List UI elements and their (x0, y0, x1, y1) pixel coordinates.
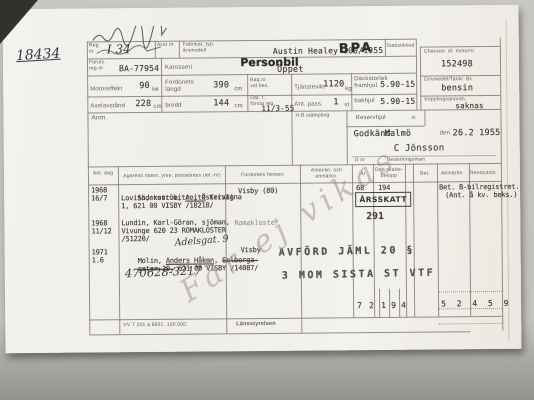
rule-line (379, 289, 380, 317)
rule-line (347, 126, 425, 128)
den-label: den (440, 130, 451, 137)
digit-cell: 1 (381, 301, 386, 310)
row-date: 1971 (92, 248, 108, 256)
rule-line (399, 289, 400, 317)
motoreffekt-value: 90 (139, 82, 150, 91)
forutv-regnr-value: BA-77954 (119, 64, 159, 73)
rule-line (346, 110, 347, 164)
godkand-ort: Malmö (385, 130, 412, 139)
drivmedel-label: Drivmedel/Tankr. Bt. (424, 77, 473, 83)
scanned-photo: { "margin_note": "18434", "watermark": "… (0, 0, 534, 400)
header-agarens-namn: Ägarens namn, yrke, postadress (tel.-nr) (120, 173, 224, 179)
owner-line: 1, 621 00 VISBY /18218/ (121, 201, 213, 210)
form-number: VV T 201 a 6501. 100.000. (123, 323, 188, 329)
besiktningsman-signature: C Jönsson (394, 144, 445, 153)
rule-line (405, 164, 407, 317)
ant-pass-unit: st (344, 102, 349, 109)
motoreffekt-unit: hk (152, 87, 159, 94)
reservhjul-unit: st (411, 116, 415, 122)
row-date: 1968 (91, 186, 107, 194)
avford-stamp-line2: 3 MOM SISTA ST VTF (282, 268, 436, 282)
code-number: 5 2 4 5 9 (441, 299, 511, 309)
reg-nr-value-handwriting: I 34 (107, 42, 131, 56)
rule-line (89, 316, 502, 321)
row-date: 1968 (91, 219, 107, 227)
handwritten-address: Adelsgat. 9 (174, 233, 229, 248)
forutv-regnr-label: Förutv. reg.nr (89, 60, 117, 71)
registration-card: 18434 Reg. nr I 34 Avst nr Fabrikat, typ… (3, 5, 522, 353)
row-date-day: 16/7 (91, 194, 107, 202)
row-date-day: 11/12 (91, 227, 111, 235)
bakhjul-value: 5.90-15 (380, 97, 415, 106)
rule-line (87, 42, 91, 335)
rule-line (416, 39, 418, 110)
hemort-value: Visby (80) (238, 187, 278, 195)
anm-label: Anm. (91, 115, 107, 122)
card-edge (506, 19, 510, 341)
rule-line (291, 74, 293, 165)
digit-cell: 9 (391, 301, 396, 310)
header-fordonets-hemort: Fordonets hemort (227, 173, 298, 179)
row-date-day: 1.6 (92, 256, 104, 264)
personbil-stamp: Personbil (225, 43, 241, 82)
datum-forsta-reg-value: 11/3-55 (261, 104, 294, 113)
digit-cell: 2 (369, 301, 374, 310)
rule-line (247, 74, 248, 111)
owner-line: /51220/ (121, 235, 149, 243)
rule-line (88, 163, 501, 168)
digit-cell: 4 (401, 301, 406, 310)
chassinr-label: Chassinr. el. motornr. (424, 49, 476, 55)
arsskatt-value: 291 (366, 212, 384, 221)
ant-pass-value: 1 (333, 98, 338, 107)
rule-line (420, 47, 422, 110)
rule-line (424, 110, 425, 126)
axelavstand-unit: cm (153, 104, 161, 111)
lansstyrelsen-label: Länsstyrelsen (236, 321, 276, 328)
langd-unit: cm (234, 86, 242, 93)
framhjul-label: framhjul (354, 83, 377, 90)
margin-note-handwriting: 18434 (15, 46, 60, 65)
koppling-label: Kopplingsanordn. (424, 97, 452, 103)
tjanstevikt-value: 1120 (323, 80, 344, 89)
reservhjul-label: Reservhjul (355, 115, 385, 122)
axelavstand-value: 228 (135, 100, 151, 109)
header-anmarkn: Anmärkn. (441, 171, 464, 177)
koppling-value: saknas (455, 101, 483, 110)
godkand-datum: 26.2 1955 (453, 129, 501, 138)
bag-label: Bag.nr vid bes. (250, 78, 274, 89)
ant-pass-label: Ant. pass. (294, 101, 323, 108)
bredd-unit: cm (234, 103, 242, 110)
tjanstevikt-unit: kg (345, 86, 352, 93)
header-bet: Bet. (414, 171, 436, 177)
hb-stampling-label: H-B stämpling (295, 113, 345, 119)
bredd-label: bredd (165, 103, 181, 110)
digit-cell: 7 (357, 301, 362, 310)
karosseri-label: Karosseri (165, 65, 192, 72)
header-ant-dag: Ant. dag (90, 171, 116, 177)
framhjul-value: 5.90-15 (380, 80, 415, 89)
header-restitution: Restitution (470, 171, 496, 177)
bredd-value: 144 (213, 99, 229, 108)
avford-stamp-line1: AVFÖRD JÄML 20 § (279, 245, 416, 259)
rule-line (438, 323, 502, 325)
drivmedel-value: bensin (441, 84, 473, 93)
bet-note-line: (Ant. å kv. beks.) (445, 191, 517, 200)
langd-value: 390 (213, 81, 229, 90)
motoreffekt-label: Motoreffekt (90, 86, 122, 93)
rule-line (389, 289, 390, 317)
rule-line (413, 164, 415, 317)
chassinr-value: 152498 (441, 60, 473, 69)
axelavstand-label: Axelavstånd (90, 103, 125, 110)
statistikkod-label: Statistikkod (386, 44, 415, 50)
langd-label: Fordonets längd (165, 80, 203, 93)
rule-line (89, 331, 470, 335)
tjanstevikt-label: Tjänstevikt (294, 84, 325, 91)
bakhjul-label: bakhjul (354, 98, 374, 105)
bpa-stamp: BPA (339, 40, 374, 56)
rule-line (118, 166, 120, 334)
text-part: Personbil (240, 56, 298, 70)
